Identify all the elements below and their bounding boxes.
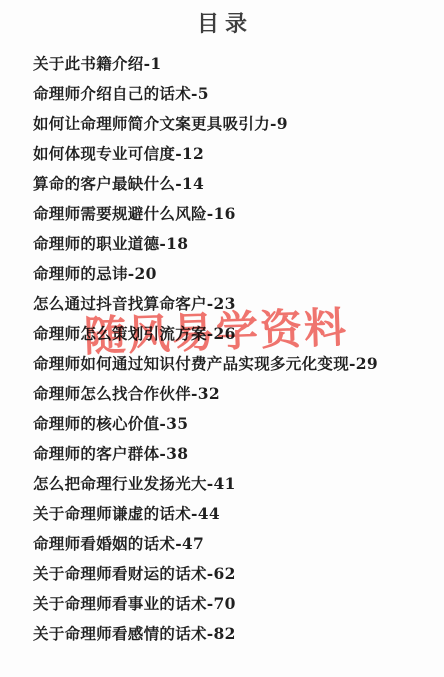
toc-entry: 如何让命理师简介文案更具吸引力-9	[33, 108, 428, 138]
toc-entry: 命理师需要规避什么风险-16	[33, 198, 428, 228]
toc-entry: 如何体现专业可信度-12	[33, 138, 428, 168]
toc-entry: 关于命理师看事业的话术-70	[33, 588, 428, 618]
toc-entry: 命理师的忌讳-20	[33, 258, 428, 288]
toc-entry: 命理师介绍自己的话术-5	[33, 78, 428, 108]
toc-entry: 关于命理师看财运的话术-62	[33, 558, 428, 588]
toc-entry: 怎么通过抖音找算命客户-23	[33, 288, 428, 318]
toc-entry: 关于命理师看感情的话术-82	[33, 618, 428, 648]
toc-entry: 算命的客户最缺什么-14	[33, 168, 428, 198]
toc-entry: 命理师的职业道德-18	[33, 228, 428, 258]
toc-entry: 命理师看婚姻的话术-47	[33, 528, 428, 558]
toc-entry: 怎么把命理行业发扬光大-41	[33, 468, 428, 498]
toc-entry: 命理师如何通过知识付费产品实现多元化变现-29	[33, 348, 428, 378]
toc-entry: 关于此书籍介绍-1	[33, 48, 428, 78]
toc-entry: 命理师怎么策划引流方案-26	[33, 318, 428, 348]
toc-entry: 关于命理师谦虚的话术-44	[33, 498, 428, 528]
page-title: 目录	[0, 7, 444, 38]
toc-entry: 命理师怎么找合作伙伴-32	[33, 378, 428, 408]
toc-list: 关于此书籍介绍-1 命理师介绍自己的话术-5 如何让命理师简介文案更具吸引力-9…	[33, 48, 428, 648]
toc-entry: 命理师的客户群体-38	[33, 438, 428, 468]
toc-entry: 命理师的核心价值-35	[33, 408, 428, 438]
toc-page: 目录 关于此书籍介绍-1 命理师介绍自己的话术-5 如何让命理师简介文案更具吸引…	[0, 0, 444, 677]
